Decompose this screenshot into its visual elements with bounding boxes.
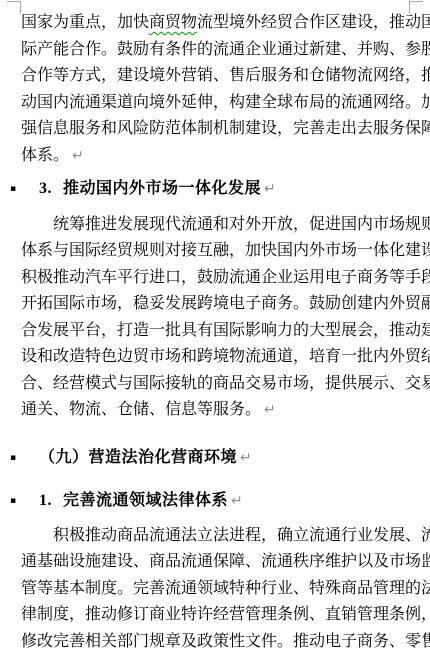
text-run: 开拓国际市场，稳妥发展跨境电子商务。鼓励创建内外贸融 (21, 295, 430, 312)
paragraph-format-marker-icon: ▪ (10, 185, 19, 194)
para-going-global: 国家为重点，加快商贸物流型境外经贸合作区建设，推动国际产能合作。鼓励有条件的流通… (21, 10, 409, 169)
text-run: 修改完善相关部门规章及政策性文件。推动电子商务、零售 (21, 633, 430, 650)
heading-1[interactable]: ▪1.完善流通领域法律体系↵ (39, 488, 409, 515)
text-run: 积极推动商品流通法立法进程，确立流通行业发展、流 (53, 527, 430, 544)
heading-9[interactable]: ▪（九）营造法治化营商环境↵ (39, 445, 409, 472)
paragraph-mark-icon: ↵ (240, 450, 252, 466)
text-run: 律制度，推动修订商业特许经营管理条例、直销管理条例， (21, 606, 430, 623)
text-line[interactable]: 际产能合作。鼓励有条件的流通企业通过新建、并购、参股、 (21, 37, 409, 64)
text-line[interactable]: 修改完善相关部门规章及政策性文件。推动电子商务、零售 (21, 629, 409, 656)
text-run: 体系与国际经贸规则对接互融，加快国内外市场一体化建设。 (21, 242, 430, 259)
text-run: 通关、物流、仓储、信息等服务。 (21, 401, 261, 418)
paragraph-mark-icon: ↵ (264, 181, 276, 197)
text-run: 管等基本制度。完善流通领域特种行业、特殊商品管理的法 (21, 580, 430, 597)
paragraph-format-marker-icon: ▪ (10, 497, 19, 506)
crop-mark-top-right-icon (409, 1, 423, 14)
text-line[interactable]: 设和改造特色边贸市场和跨境物流通道，培育一批内外贸结 (21, 344, 409, 371)
text-line[interactable]: 通关、物流、仓储、信息等服务。↵ (21, 397, 409, 424)
text-line[interactable]: 统筹推进发展现代流通和对外开放，促进国内市场规则 (21, 212, 409, 239)
text-run: 合发展平台，打造一批具有国际影响力的大型展会，推动建 (21, 322, 430, 339)
text-line[interactable]: 合作等方式，建设境外营销、售后服务和仓储物流网络，推 (21, 63, 409, 90)
crop-mark-top-left-icon (7, 1, 21, 14)
text-line[interactable]: 体系。↵ (21, 143, 409, 170)
text-run: 合作等方式，建设境外营销、售后服务和仓储物流网络，推 (21, 67, 430, 84)
heading-3[interactable]: ▪3.推动国内外市场一体化发展↵ (39, 176, 409, 203)
text-line[interactable]: 强信息服务和风险防范体制机制建设，完善走出去服务保障 (21, 116, 409, 143)
paragraph-mark-icon: ↵ (264, 402, 276, 418)
text-line[interactable]: 开拓国际市场，稳妥发展跨境电子商务。鼓励创建内外贸融 (21, 291, 409, 318)
text-run: 统筹推进发展现代流通和对外开放，促进国内市场规则 (53, 216, 430, 233)
paragraph-mark-icon: ↵ (231, 493, 243, 509)
text-run: 国家为重点，加快 (21, 14, 149, 31)
text-run: 合、经营模式与国际接轨的商品交易市场，提供展示、交易、 (21, 375, 430, 392)
heading-number: 1. (39, 492, 52, 509)
text-run: 动国内流通渠道向境外延伸，构建全球布局的流通网络。加 (21, 94, 430, 111)
text-line[interactable]: 积极推动汽车平行进口，鼓励流通企业运用电子商务等手段 (21, 265, 409, 292)
spellcheck-underlined-text: 商贸物 (149, 14, 197, 31)
text-line[interactable]: 律制度，推动修订商业特许经营管理条例、直销管理条例， (21, 602, 409, 629)
document-body: 国家为重点，加快商贸物流型境外经贸合作区建设，推动国际产能合作。鼓励有条件的流通… (21, 10, 409, 655)
para-legal-system: 积极推动商品流通法立法进程，确立流通行业发展、流通基础设施建设、商品流通保障、流… (21, 523, 409, 656)
text-line[interactable]: 合、经营模式与国际接轨的商品交易市场，提供展示、交易、 (21, 371, 409, 398)
heading-number: 3. (39, 180, 52, 197)
text-run: 积极推动汽车平行进口，鼓励流通企业运用电子商务等手段 (21, 269, 430, 286)
text-line[interactable]: 通基础设施建设、商品流通保障、流通秩序维护以及市场监 (21, 549, 409, 576)
text-line[interactable]: 管等基本制度。完善流通领域特种行业、特殊商品管理的法 (21, 576, 409, 603)
document-page: 国家为重点，加快商贸物流型境外经贸合作区建设，推动国际产能合作。鼓励有条件的流通… (0, 0, 430, 656)
text-line[interactable]: 积极推动商品流通法立法进程，确立流通行业发展、流 (21, 523, 409, 550)
heading-title: （九）营造法治化营商环境 (39, 449, 237, 466)
text-run: 强信息服务和风险防范体制机制建设，完善走出去服务保障 (21, 120, 430, 137)
text-run: 设和改造特色边贸市场和跨境物流通道，培育一批内外贸结 (21, 348, 430, 365)
text-run: 际产能合作。鼓励有条件的流通企业通过新建、并购、参股、 (21, 41, 430, 58)
text-run: 流型境外经贸合作区建设，推动国 (197, 14, 430, 31)
text-line[interactable]: 合发展平台，打造一批具有国际影响力的大型展会，推动建 (21, 318, 409, 345)
heading-title: 完善流通领域法律体系 (63, 492, 228, 509)
heading-title: 推动国内外市场一体化发展 (63, 180, 261, 197)
para-market-integration: 统筹推进发展现代流通和对外开放，促进国内市场规则体系与国际经贸规则对接互融，加快… (21, 212, 409, 424)
paragraph-mark-icon: ↵ (72, 148, 84, 164)
text-run: 通基础设施建设、商品流通保障、流通秩序维护以及市场监 (21, 553, 430, 570)
text-line[interactable]: 体系与国际经贸规则对接互融，加快国内外市场一体化建设。 (21, 238, 409, 265)
paragraph-format-marker-icon: ▪ (10, 454, 19, 463)
text-line[interactable]: 国家为重点，加快商贸物流型境外经贸合作区建设，推动国 (21, 10, 409, 37)
text-line[interactable]: 动国内流通渠道向境外延伸，构建全球布局的流通网络。加 (21, 90, 409, 117)
text-run: 体系。 (21, 147, 69, 164)
